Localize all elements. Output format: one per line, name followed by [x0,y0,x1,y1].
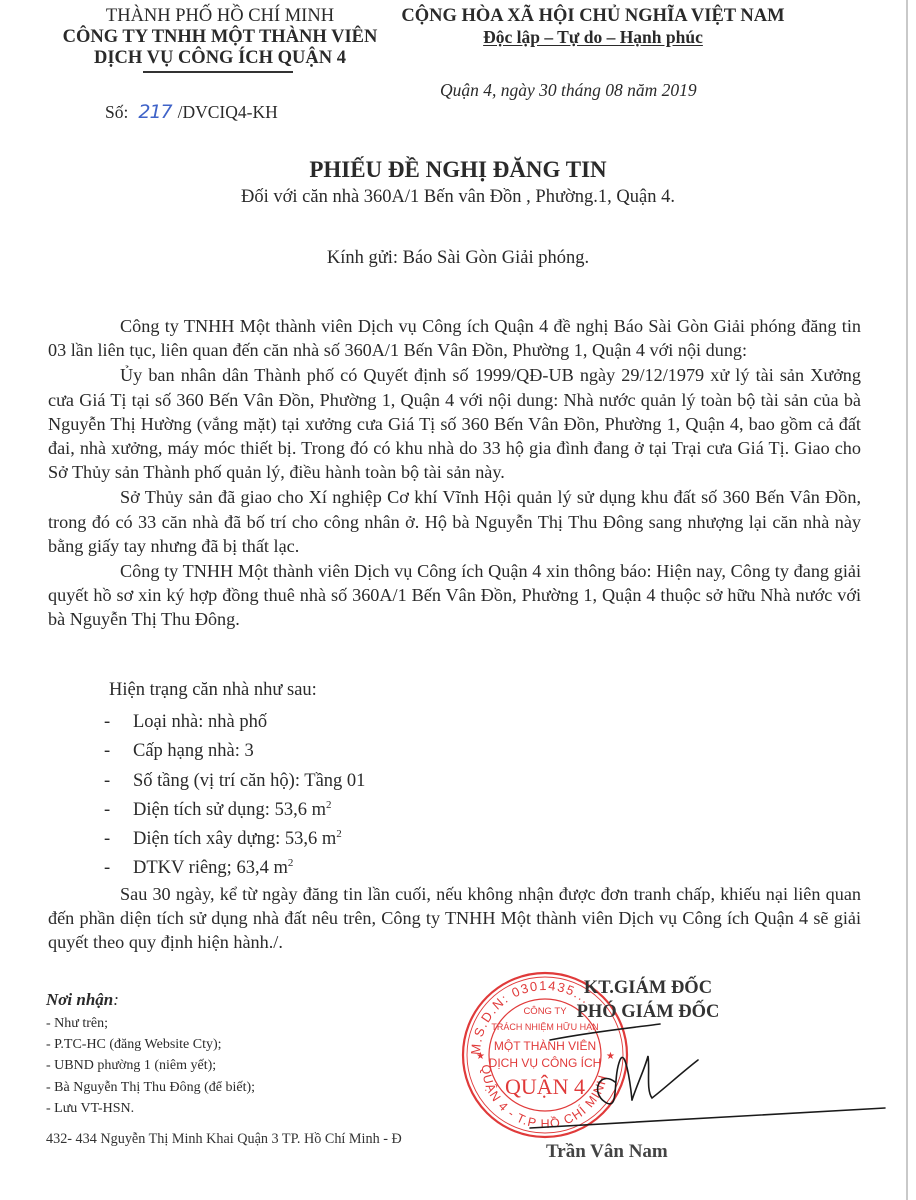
header-underline [143,71,293,73]
body-text: Công ty TNHH Một thành viên Dịch vụ Công… [48,314,861,632]
issuer-header: THÀNH PHỐ HỒ CHÍ MINH CÔNG TY TNHH MỘT T… [40,6,400,73]
closing-text: Sau 30 ngày, kể từ ngày đăng tin lần cuố… [48,882,861,955]
list-item: - Lưu VT-HSN. [46,1098,255,1119]
issuer-company-line2: DỊCH VỤ CÔNG ÍCH QUẬN 4 [40,48,400,69]
list-item: -DTKV riêng; 63,4 m2 [104,854,365,883]
list-item: -Cấp hạng nhà: 3 [104,737,365,766]
issuer-city: THÀNH PHỐ HỒ CHÍ MINH [40,6,400,27]
document-title: PHIẾU ĐỀ NGHỊ ĐĂNG TIN [0,157,916,183]
document-number-label: Số: [105,102,128,122]
list-item: -Loại nhà: nhà phố [104,708,365,737]
closing-paragraph: Sau 30 ngày, kể từ ngày đăng tin lần cuố… [48,882,861,955]
recipients-list: - Như trên; - P.TC-HC (đăng Website Cty)… [46,1013,255,1119]
recipients-heading: Nơi nhận: [46,989,255,1011]
list-item: -Diện tích xây dựng: 53,6 m2 [104,825,365,854]
date-line: Quận 4, ngày 30 tháng 08 năm 2019 [440,80,697,101]
list-item: -Số tầng (vị trí căn hộ): Tầng 01 [104,767,365,796]
house-status-list: -Loại nhà: nhà phố -Cấp hạng nhà: 3 -Số … [104,708,365,884]
list-item: - Như trên; [46,1013,255,1034]
list-item: - Bà Nguyễn Thị Thu Đông (để biết); [46,1077,255,1098]
signature-title-line1: KT.GIÁM ĐỐC [538,976,758,1000]
signer-name: Trần Vân Nam [546,1141,668,1163]
list-item: -Diện tích sử dụng: 53,6 m2 [104,796,365,825]
document-subtitle: Đối với căn nhà 360A/1 Bến vân Đồn , Phư… [0,187,916,208]
document-number: Số:217/DVCIQ4-KH [105,101,278,123]
body-paragraph: Công ty TNHH Một thành viên Dịch vụ Công… [48,559,861,632]
list-item: - UBND phường 1 (niêm yết); [46,1055,255,1076]
list-item: - P.TC-HC (đăng Website Cty); [46,1034,255,1055]
addressee: Kính gửi: Báo Sài Gòn Giải phóng. [0,248,916,269]
document-number-suffix: /DVCIQ4-KH [178,102,278,122]
handwritten-number: 217 [138,101,171,123]
house-status-heading: Hiện trạng căn nhà như sau: [109,680,317,701]
body-paragraph: Ủy ban nhân dân Thành phố có Quyết định … [48,363,861,484]
issuer-company-line1: CÔNG TY TNHH MỘT THÀNH VIÊN [40,27,400,48]
nation-title: CỘNG HÒA XÃ HỘI CHỦ NGHĨA VIỆT NAM [398,6,788,27]
star-icon: ★ [476,1051,485,1062]
body-paragraph: Công ty TNHH Một thành viên Dịch vụ Công… [48,314,861,362]
nation-header: CỘNG HÒA XÃ HỘI CHỦ NGHĨA VIỆT NAM Độc l… [398,6,788,48]
footer-address: 432- 434 Nguyễn Thị Minh Khai Quận 3 TP.… [46,1131,402,1148]
body-paragraph: Sở Thủy sản đã giao cho Xí nghiệp Cơ khí… [48,485,861,558]
nation-motto: Độc lập – Tự do – Hạnh phúc [398,27,788,48]
recipients-block: Nơi nhận: - Như trên; - P.TC-HC (đăng We… [46,989,255,1119]
handwritten-signature [520,1020,890,1130]
